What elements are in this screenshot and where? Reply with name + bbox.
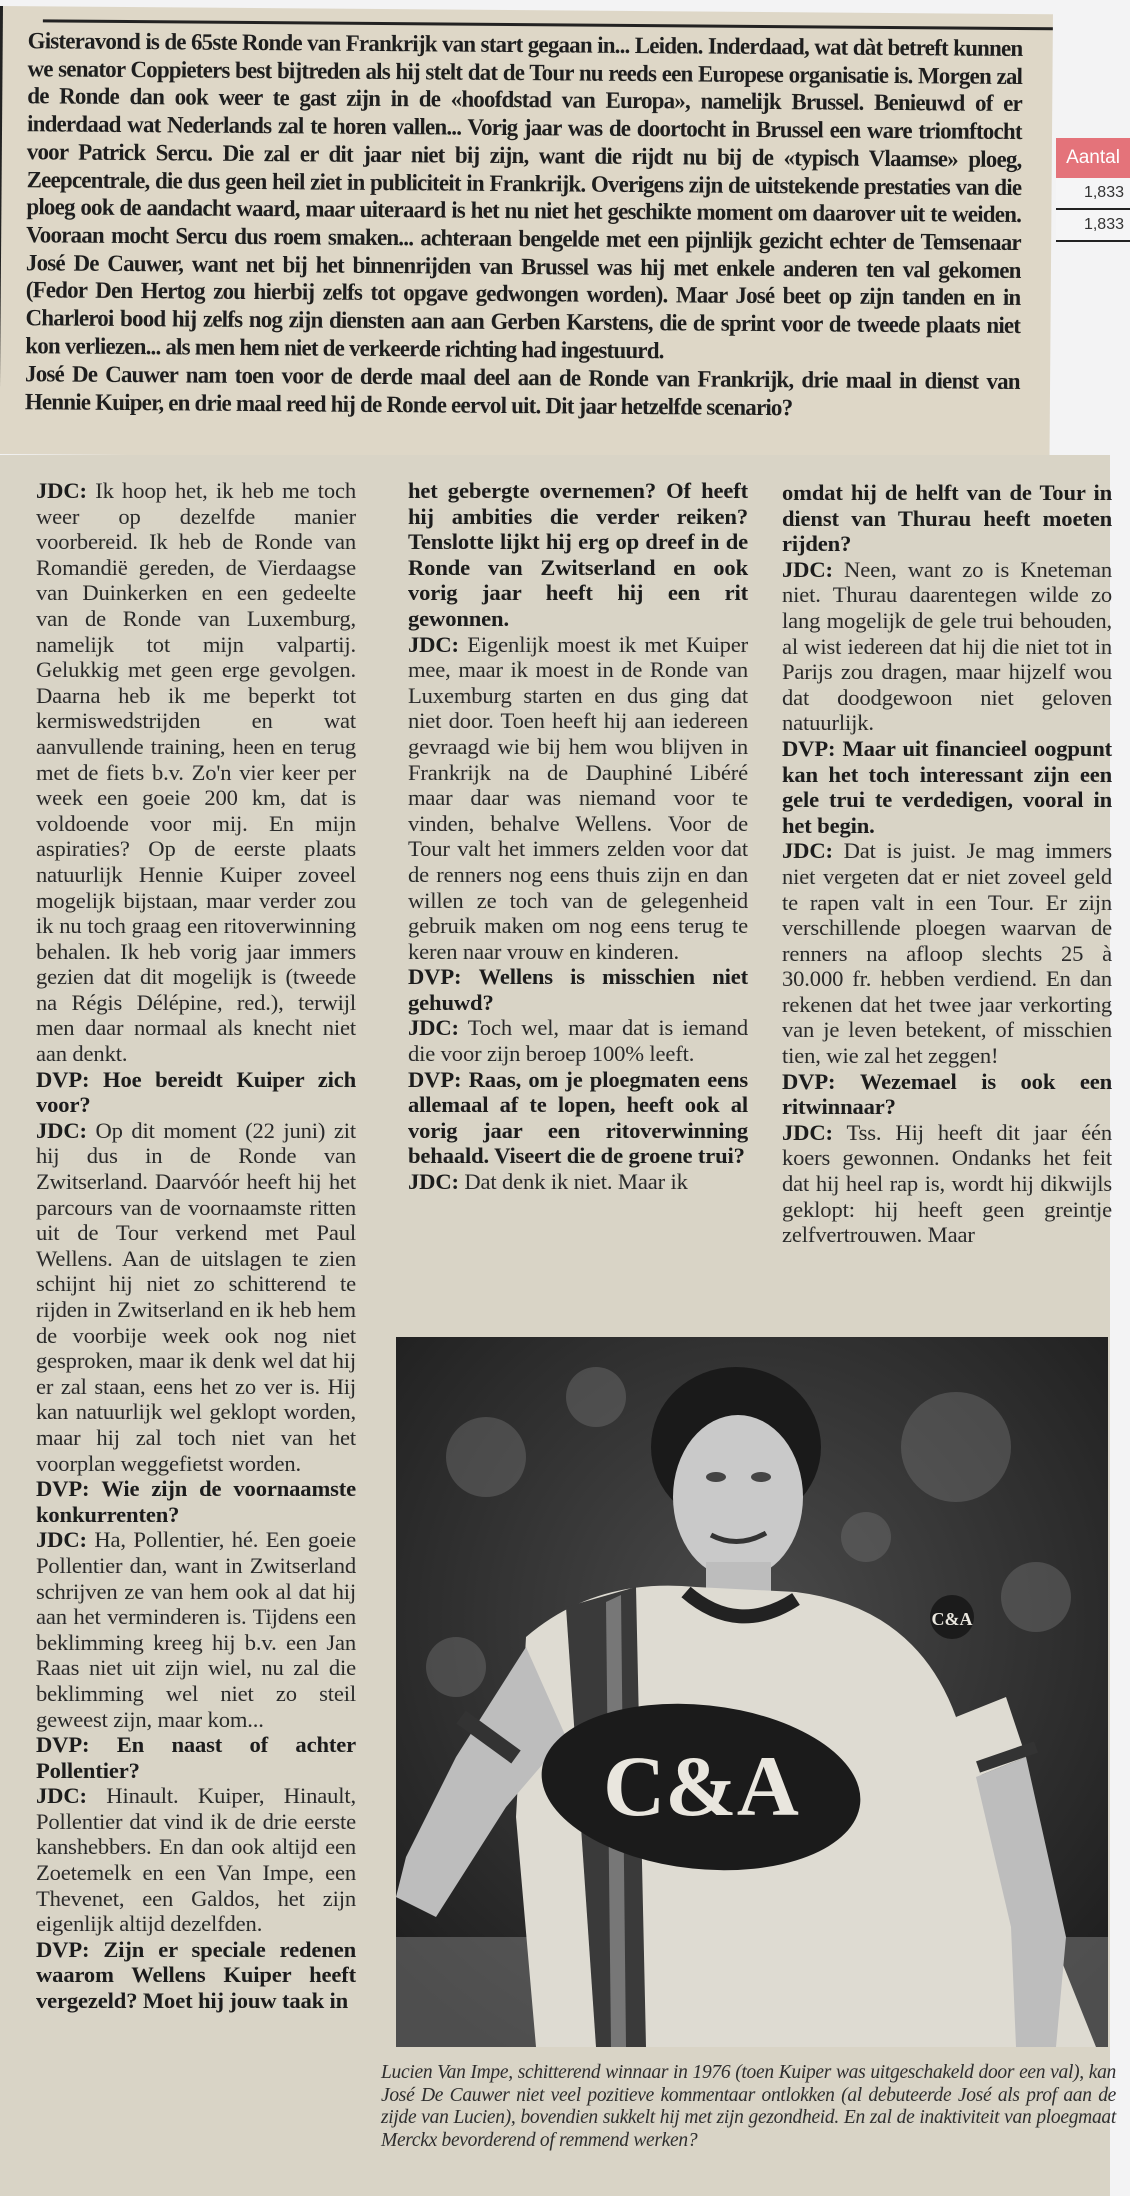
interview-question: DVP: Wellens is misschien niet gehuwd? — [408, 964, 748, 1015]
interview-answer: JDC: Op dit moment (22 juni) zit hij dus… — [36, 1118, 356, 1476]
intro-clipping: Gisteravond is de 65ste Ronde van Frankr… — [0, 6, 1053, 462]
interview-question: DVP: En naast of achter Pollentier? — [36, 1732, 356, 1783]
interview-answer: JDC: Dat is juist. Je mag immers niet ve… — [782, 838, 1112, 1068]
intro-text: Gisteravond is de 65ste Ronde van Frankr… — [25, 28, 1023, 425]
aantal-cell-1: 1,833 — [1056, 178, 1130, 210]
interview-question: DVP: Maar uit financieel oogpunt kan het… — [782, 736, 1112, 838]
intro-paragraph-1: Gisteravond is de 65ste Ronde van Frankr… — [25, 28, 1022, 368]
interview-text: Eigenlijk moest ik met Kuiper mee, maar … — [408, 632, 748, 964]
interview-question: DVP: Raas, om je ploegmaten eens allemaa… — [408, 1067, 748, 1169]
speaker-label: DVP: — [408, 964, 461, 989]
interview-text: Dat denk ik niet. Maar ik — [464, 1169, 687, 1194]
interview-question: DVP: Wie zijn de voornaamste konkurrente… — [36, 1476, 356, 1527]
speaker-label: DVP: — [36, 1067, 89, 1092]
speaker-label: JDC: — [408, 1015, 459, 1040]
speaker-label: JDC: — [36, 1118, 87, 1143]
interview-column-3: omdat hij de helft van de Tour in dienst… — [782, 480, 1112, 1248]
speaker-label: DVP: — [408, 1067, 461, 1092]
speaker-label: JDC: — [408, 1169, 459, 1194]
speaker-label: JDC: — [36, 1527, 87, 1552]
interview-answer: JDC: Dat denk ik niet. Maar ik — [408, 1169, 748, 1195]
interview-text: Ha, Pollentier, hé. Een goeie Pollentier… — [36, 1527, 356, 1731]
jersey-logo: C&A — [603, 1738, 799, 1834]
interview-question: DVP: Wezemael is ook een ritwinnaar? — [782, 1069, 1112, 1120]
interview-text: Ik hoop het, ik heb me toch weer op deze… — [36, 478, 356, 1066]
speaker-label: DVP: — [36, 1732, 89, 1757]
interview-text: Toch wel, maar dat is iemand die voor zi… — [408, 1015, 748, 1066]
speaker-label: DVP: — [36, 1476, 89, 1501]
aantal-cell-2: 1,833 — [1056, 210, 1130, 242]
aantal-header: Aantal — [1056, 138, 1130, 178]
interview-question: het gebergte overnemen? Of heeft hij amb… — [408, 478, 748, 632]
interview-text: Op dit moment (22 juni) zit hij dus in d… — [36, 1118, 356, 1476]
speaker-label: JDC: — [782, 557, 833, 582]
speaker-label: JDC: — [408, 632, 459, 657]
interview-answer: JDC: Hinault. Kuiper, Hinault, Pollentie… — [36, 1783, 356, 1937]
speaker-label: DVP: — [782, 1069, 835, 1094]
interview-answer: JDC: Toch wel, maar dat is iemand die vo… — [408, 1015, 748, 1066]
interview-answer: JDC: Ha, Pollentier, hé. Een goeie Polle… — [36, 1527, 356, 1732]
speaker-label: JDC: — [36, 478, 87, 503]
cyclist-photo: C&A C&A — [396, 1337, 1108, 2047]
interview-text: Dat is juist. Je mag immers niet vergete… — [782, 838, 1112, 1068]
interview-text: omdat hij de helft van de Tour in dienst… — [782, 480, 1112, 556]
interview-answer: JDC: Ik hoop het, ik heb me toch weer op… — [36, 478, 356, 1067]
interview-text: het gebergte overnemen? Of heeft hij amb… — [408, 478, 748, 631]
speaker-label: DVP: — [782, 736, 835, 761]
speaker-label: JDC: — [782, 838, 833, 863]
interview-answer: JDC: Eigenlijk moest ik met Kuiper mee, … — [408, 632, 748, 965]
interview-question: omdat hij de helft van de Tour in dienst… — [782, 480, 1112, 557]
cyclist-photo-illustration: C&A C&A — [396, 1337, 1108, 2047]
intro-paragraph-2: José De Cauwer nam toen voor de derde ma… — [25, 362, 1020, 425]
speaker-label: JDC: — [36, 1783, 87, 1808]
interview-column-1: JDC: Ik hoop het, ik heb me toch weer op… — [36, 478, 356, 2014]
sleeve-logo: C&A — [932, 1609, 973, 1629]
speaker-label: DVP: — [36, 1937, 89, 1962]
interview-answer: JDC: Tss. Hij heeft dit jaar één koers g… — [782, 1120, 1112, 1248]
interview-question: DVP: Zijn er speciale redenen waarom Wel… — [36, 1937, 356, 2014]
interview-answer: JDC: Neen, want zo is Kneteman niet. Thu… — [782, 557, 1112, 736]
aantal-table: Aantal 1,833 1,833 — [1056, 138, 1130, 242]
interview-text: Neen, want zo is Kneteman niet. Thurau d… — [782, 557, 1112, 736]
interview-column-2: het gebergte overnemen? Of heeft hij amb… — [408, 478, 748, 1195]
interview-question: DVP: Hoe bereidt Kuiper zich voor? — [36, 1067, 356, 1118]
speaker-label: JDC: — [782, 1120, 833, 1145]
photo-caption: Lucien Van Impe, schitterend winnaar in … — [381, 2062, 1116, 2153]
